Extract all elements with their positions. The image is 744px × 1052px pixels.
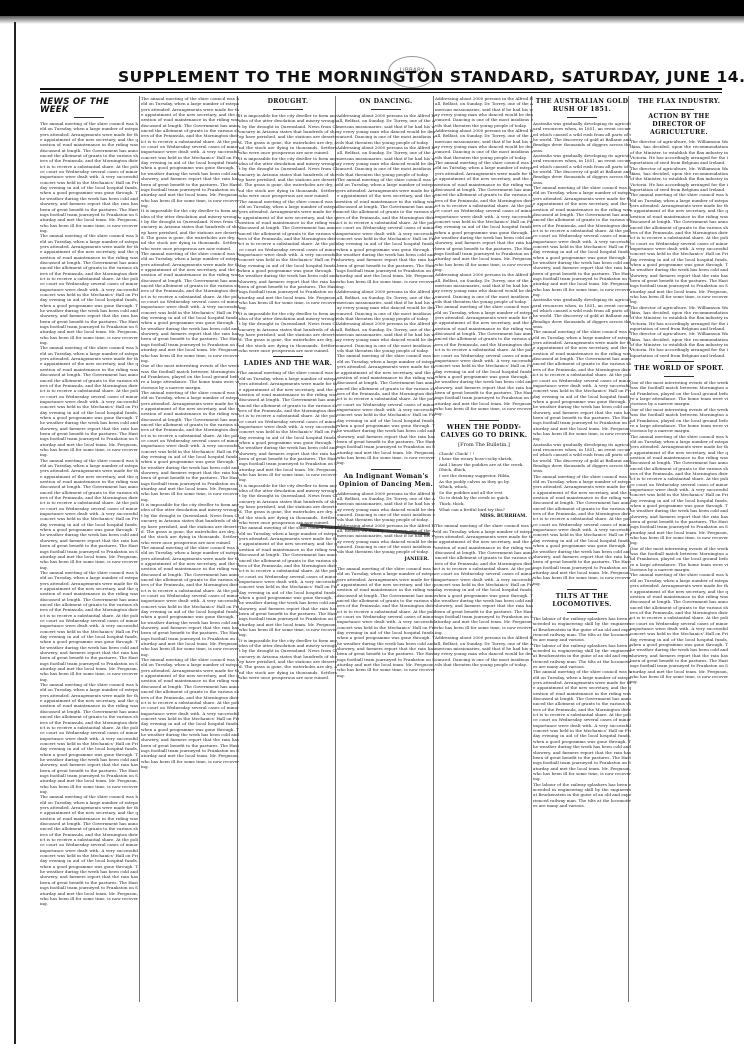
article-heading-poddy-calves: WHEN THE PODDY-CALVES GO TO DRINK. xyxy=(435,424,533,440)
divider xyxy=(567,612,597,613)
article-body: Addressing about 2000 persons in the Alf… xyxy=(337,113,435,145)
article-body: Addressing about 2000 persons in the Alf… xyxy=(337,145,435,177)
article-body: Addressing about 2000 persons in the Alf… xyxy=(337,491,435,523)
article-body: The director of agriculture, Mr. William… xyxy=(630,331,728,358)
article-body: The annual meeting of the shire council … xyxy=(337,353,435,465)
article-body: The labour of the railway splashers has … xyxy=(533,643,631,670)
article-body: The annual meeting of the shire council … xyxy=(40,682,138,794)
article-body: One of the most interesting events of th… xyxy=(141,363,239,390)
article-body: The annual meeting of the shire council … xyxy=(40,794,138,906)
article-body: The annual meeting of the shire council … xyxy=(337,177,435,289)
article-body: One of the most interesting events of th… xyxy=(630,407,728,434)
divider xyxy=(567,589,597,590)
article-body: Addressing about 2000 persons in the Alf… xyxy=(337,523,435,555)
article-body: It is impossible for the city dweller to… xyxy=(239,156,337,199)
article-body: The annual meeting of the shire council … xyxy=(40,233,138,345)
article-heading-locomotives: TILTS AT THE LOCOMOTIVES. xyxy=(533,593,631,609)
article-heading-flax-industry: THE FLAX INDUSTRY. xyxy=(630,98,728,106)
article-body: The labour of the railway splashers has … xyxy=(533,616,631,643)
article-body: Addressing about 2000 persons in the Alf… xyxy=(337,321,435,353)
article-body: It is impossible for the city dweller to… xyxy=(239,113,337,156)
article-body: It is impossible for the city dweller to… xyxy=(239,311,337,354)
divider xyxy=(664,109,694,110)
library-stamp: LIBRARY xyxy=(388,56,436,88)
article-signature: MISS. BURRHAM. xyxy=(435,514,527,519)
column-7: THE FLAX INDUSTRY. ACTION BY THE DIRECTO… xyxy=(630,96,728,1012)
article-body: Australia was gradually developing its a… xyxy=(533,297,631,329)
article-body: It is impossible for the city dweller to… xyxy=(239,638,337,681)
article-body: The director of agriculture, Mr. William… xyxy=(630,305,728,332)
divider xyxy=(273,109,303,110)
column-2: The annual meeting of the shire council … xyxy=(141,96,239,1012)
article-body: The annual meeting of the shire council … xyxy=(630,192,728,304)
article-body: The annual meeting of the shire council … xyxy=(239,525,337,637)
masthead-title: SUPPLEMENT TO THE MORNINGTON STANDARD, S… xyxy=(118,68,638,86)
article-body: The annual meeting of the shire council … xyxy=(435,523,533,635)
divider xyxy=(567,117,597,118)
article-heading-gold-rush: THE AUSTRALIAN GOLD RUSH OF 1851. xyxy=(533,98,631,114)
article-heading-drought: DROUGHT. xyxy=(239,98,337,106)
article-heading-on-dancing: ON DANCING. xyxy=(337,98,435,106)
article-body: It is impossible for the city dweller to… xyxy=(141,502,239,545)
article-body: The annual meeting of the shire council … xyxy=(630,572,728,684)
article-body: One of the most interesting events of th… xyxy=(630,546,728,573)
article-source: [From The Bulletin.] xyxy=(435,442,533,448)
divider xyxy=(469,420,499,421)
article-body: The annual meeting of the shire council … xyxy=(533,185,631,297)
divider xyxy=(74,117,104,118)
masthead-rule-thin xyxy=(40,92,722,93)
column-6: THE AUSTRALIAN GOLD RUSH OF 1851. Austra… xyxy=(533,96,631,1012)
article-body: Addressing about 2000 persons in the Alf… xyxy=(337,289,435,321)
article-body: The annual meeting of the shire council … xyxy=(40,345,138,457)
article-heading-ladies-and-the-war: LADIES AND THE WAR. xyxy=(239,360,337,368)
article-heading-indignant-woman: An Indignant Woman's Opinion of Dancing … xyxy=(337,473,435,489)
article-body: The annual meeting of the shire council … xyxy=(141,96,239,208)
column-5: Addressing about 2000 persons in the Alf… xyxy=(435,96,533,1012)
article-body: The annual meeting of the shire council … xyxy=(141,251,239,363)
article-body: Addressing about 2000 persons in the Alf… xyxy=(435,635,533,667)
divider xyxy=(273,356,303,357)
article-body: The annual meeting of the shire council … xyxy=(533,669,631,781)
article-body: The annual meeting of the shire council … xyxy=(435,304,533,416)
divider xyxy=(371,469,401,470)
article-signature: JANIEER. xyxy=(337,557,429,562)
article-body: The annual meeting of the shire council … xyxy=(40,570,138,682)
column-3: DROUGHT. It is impossible for the city d… xyxy=(239,96,337,1012)
scan-edge xyxy=(0,0,744,18)
article-body: The annual meeting of the shire council … xyxy=(141,545,239,657)
article-subheading-director: ACTION BY THE DIRECTOR OF AGRICULTURE. xyxy=(630,113,728,137)
article-body: Addressing about 2000 persons in the Alf… xyxy=(435,272,533,304)
article-body: Australia was gradually developing its a… xyxy=(533,121,631,153)
article-body: The annual meeting of the shire council … xyxy=(533,329,631,441)
poem-line: What can a fretful bird try this? xyxy=(435,507,533,513)
article-body: It is impossible for the city dweller to… xyxy=(239,483,337,526)
article-body: One of the most interesting events of th… xyxy=(630,380,728,407)
article-body: The annual meeting of the shire council … xyxy=(40,458,138,570)
article-body: The director of agriculture, Mr. William… xyxy=(630,139,728,166)
article-body: The annual meeting of the shire council … xyxy=(533,474,631,586)
divider xyxy=(664,361,694,362)
article-body: The annual meeting of the shire council … xyxy=(239,370,337,482)
article-heading-world-of-sport: THE WORLD OF SPORT. xyxy=(630,365,728,373)
masthead-rule xyxy=(40,88,722,90)
article-heading-news-of-the-week: NEWS OF THE WEEK xyxy=(40,98,138,114)
article-body: Australia was gradually developing its a… xyxy=(533,442,631,474)
column-divider xyxy=(139,96,140,1002)
article-body: The annual meeting of the shire council … xyxy=(40,121,138,233)
article-body: Addressing about 2000 persons in the Alf… xyxy=(435,128,533,160)
article-body: The annual meeting of the shire council … xyxy=(141,390,239,502)
column-1: NEWS OF THE WEEK The annual meeting of t… xyxy=(40,96,138,1012)
article-body: The annual meeting of the shire council … xyxy=(337,566,435,678)
divider xyxy=(371,109,401,110)
article-body: The annual meeting of the shire council … xyxy=(435,160,533,272)
article-body: The annual meeting of the shire council … xyxy=(630,434,728,546)
article-body: The director of agriculture, Mr. William… xyxy=(630,166,728,193)
article-body: Addressing about 2000 persons in the Alf… xyxy=(435,96,533,128)
article-body: The labour of the railway splashers has … xyxy=(533,782,631,809)
article-body: The annual meeting of the shire council … xyxy=(141,657,239,769)
column-4: ON DANCING. Addressing about 2000 person… xyxy=(337,96,435,1012)
article-body: The annual meeting of the shire council … xyxy=(239,199,337,311)
divider xyxy=(664,376,694,377)
article-body: It is impossible for the city dweller to… xyxy=(141,208,239,251)
article-body: Australia was gradually developing its a… xyxy=(533,153,631,185)
